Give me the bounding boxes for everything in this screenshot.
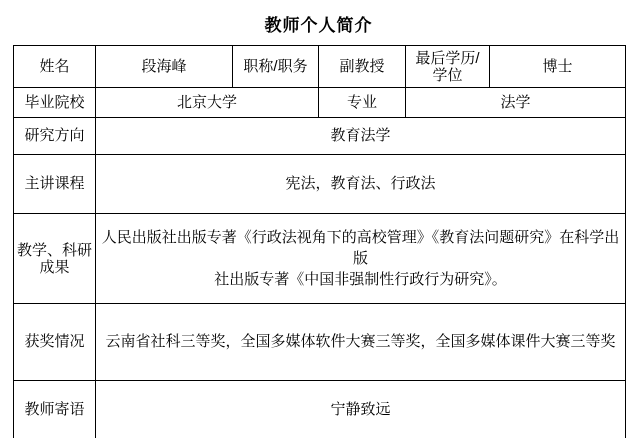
achievements-content-line2: 社出版专著《中国非强制性行政行为研究》。 (96, 269, 625, 290)
name-label-cell: 姓名 (14, 46, 96, 88)
achievements-content-cell: 人民出版社出版专著《行政法视角下的高校管理》《教育法问题研究》在科学出版 社出版… (96, 214, 626, 304)
document-page: 教师个人简介 姓名 段海峰 职称/职务 副教授 最后学历/ 学位 博士 毕业院校… (0, 0, 637, 438)
achievements-label-line2: 成果 (14, 259, 95, 276)
position-label-cell: 职称/职务 (233, 46, 319, 88)
position-value-cell: 副教授 (319, 46, 406, 88)
major-label-cell: 专业 (319, 88, 406, 118)
awards-label-cell: 获奖情况 (14, 304, 96, 381)
message-content-cell: 宁静致远 (96, 381, 626, 438)
row-awards: 获奖情况 云南省社科三等奖，全国多媒体软件大赛三等奖，全国多媒体课件大赛三等奖 (14, 304, 626, 381)
row-research: 研究方向 教育法学 (14, 118, 626, 155)
research-content-cell: 教育法学 (96, 118, 626, 155)
row-achievements: 教学、科研 成果 人民出版社出版专著《行政法视角下的高校管理》《教育法问题研究》… (14, 214, 626, 304)
degree-label-line2: 学位 (406, 67, 489, 84)
teacher-profile-table: 姓名 段海峰 职称/职务 副教授 最后学历/ 学位 博士 毕业院校 北京大学 专… (13, 45, 626, 438)
research-label-cell: 研究方向 (14, 118, 96, 155)
achievements-content-line1: 人民出版社出版专著《行政法视角下的高校管理》《教育法问题研究》在科学出版 (96, 227, 625, 269)
school-value-cell: 北京大学 (96, 88, 319, 118)
major-value-cell: 法学 (406, 88, 626, 118)
achievements-label-line1: 教学、科研 (14, 242, 95, 259)
degree-label-cell: 最后学历/ 学位 (406, 46, 490, 88)
degree-value-cell: 博士 (490, 46, 626, 88)
degree-label-line1: 最后学历/ (406, 50, 489, 67)
row-courses: 主讲课程 宪法，教育法、行政法 (14, 155, 626, 214)
school-label-cell: 毕业院校 (14, 88, 96, 118)
courses-label-cell: 主讲课程 (14, 155, 96, 214)
message-label-cell: 教师寄语 (14, 381, 96, 438)
awards-content-cell: 云南省社科三等奖，全国多媒体软件大赛三等奖，全国多媒体课件大赛三等奖 (96, 304, 626, 381)
achievements-label-cell: 教学、科研 成果 (14, 214, 96, 304)
row-message: 教师寄语 宁静致远 (14, 381, 626, 438)
courses-content-cell: 宪法，教育法、行政法 (96, 155, 626, 214)
row-basic-1: 姓名 段海峰 职称/职务 副教授 最后学历/ 学位 博士 (14, 46, 626, 88)
row-basic-2: 毕业院校 北京大学 专业 法学 (14, 88, 626, 118)
name-value-cell: 段海峰 (96, 46, 233, 88)
page-title: 教师个人简介 (0, 11, 637, 36)
